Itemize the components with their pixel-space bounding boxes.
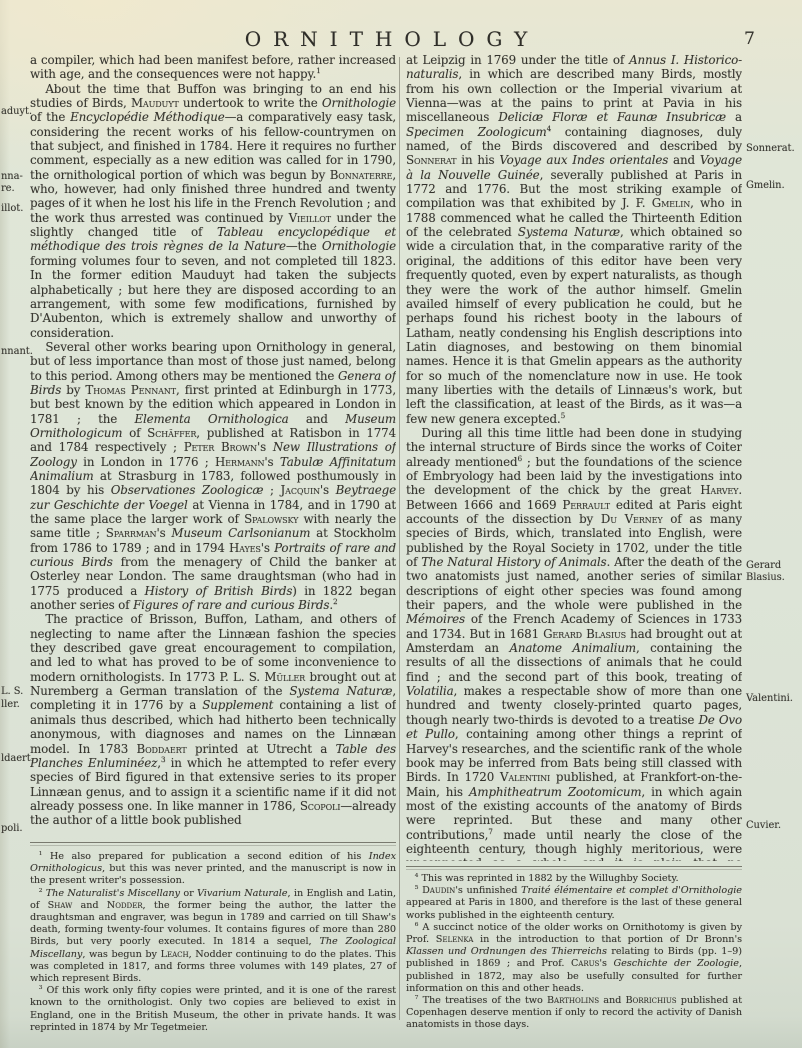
margin-note-muller-1: L. S.: [1, 686, 23, 698]
margin-note-valentini: Valentini.: [746, 693, 793, 705]
footnote: 5 Daudin's unfinished Traité élémentaire…: [406, 885, 742, 922]
footnote-rule: [406, 866, 742, 870]
margin-note-boddaert: ldaert.: [1, 753, 34, 765]
margin-note-bonnaterre-2: re.: [1, 183, 15, 195]
footnote-rule: [30, 842, 396, 846]
paragraph: The practice of Brisson, Buffon, Latham,…: [30, 612, 396, 827]
footnote: 4 This was reprinted in 1882 by the Will…: [406, 873, 742, 885]
margin-note-vieillot: illot.: [1, 203, 23, 215]
margin-note-blasius: Blasius.: [746, 572, 785, 584]
right-column: at Leipzig in 1769 under the title of An…: [406, 53, 742, 861]
left-column: a compiler, which had been manifest befo…: [30, 53, 396, 828]
footnote: 7 The treatises of the two Bartholins an…: [406, 995, 742, 1032]
margin-note-scopoli: poli.: [1, 823, 23, 835]
footnote: 6 A succinct notice of the older works o…: [406, 922, 742, 995]
paragraph: About the time that Buffon was bringing …: [30, 82, 396, 340]
left-column-body: a compiler, which had been manifest befo…: [30, 53, 396, 828]
right-column-body: at Leipzig in 1769 under the title of An…: [406, 53, 742, 861]
paragraph: at Leipzig in 1769 under the title of An…: [406, 53, 742, 426]
page-title: ORNITHOLOGY: [0, 27, 772, 51]
paragraph: Several other works bearing upon Ornitho…: [30, 340, 396, 613]
paragraph: During all this time little had been don…: [406, 426, 742, 861]
margin-note-cuvier: Cuvier.: [746, 820, 781, 832]
footnote: 3 Of this work only fifty copies were pr…: [30, 985, 396, 1034]
paragraph: a compiler, which had been manifest befo…: [30, 53, 396, 82]
footnote: 2 The Naturalist's Miscellany or Vivariu…: [30, 888, 396, 986]
margin-note-muller-2: ller.: [1, 699, 20, 711]
margin-note-bonnaterre-1: nna-: [1, 171, 23, 183]
column-divider-rule: [399, 57, 400, 1020]
margin-note-pennant: nnant.: [1, 346, 33, 358]
left-column-footnotes: 1 He also prepared for publication a sec…: [30, 851, 396, 1034]
margin-note-mauduyt: aduyt.: [1, 106, 32, 118]
footnote: 1 He also prepared for publication a sec…: [30, 851, 396, 888]
margin-note-sonnerat: Sonnerat.: [746, 143, 795, 155]
margin-note-gmelin: Gmelin.: [746, 180, 785, 192]
page-number: 7: [744, 29, 755, 49]
right-column-footnotes: 4 This was reprinted in 1882 by the Will…: [406, 873, 742, 1032]
margin-note-gerard: Gerard: [746, 560, 781, 572]
book-page: ORNITHOLOGY 7 aduyt. nna- re. illot. nna…: [0, 0, 802, 1048]
